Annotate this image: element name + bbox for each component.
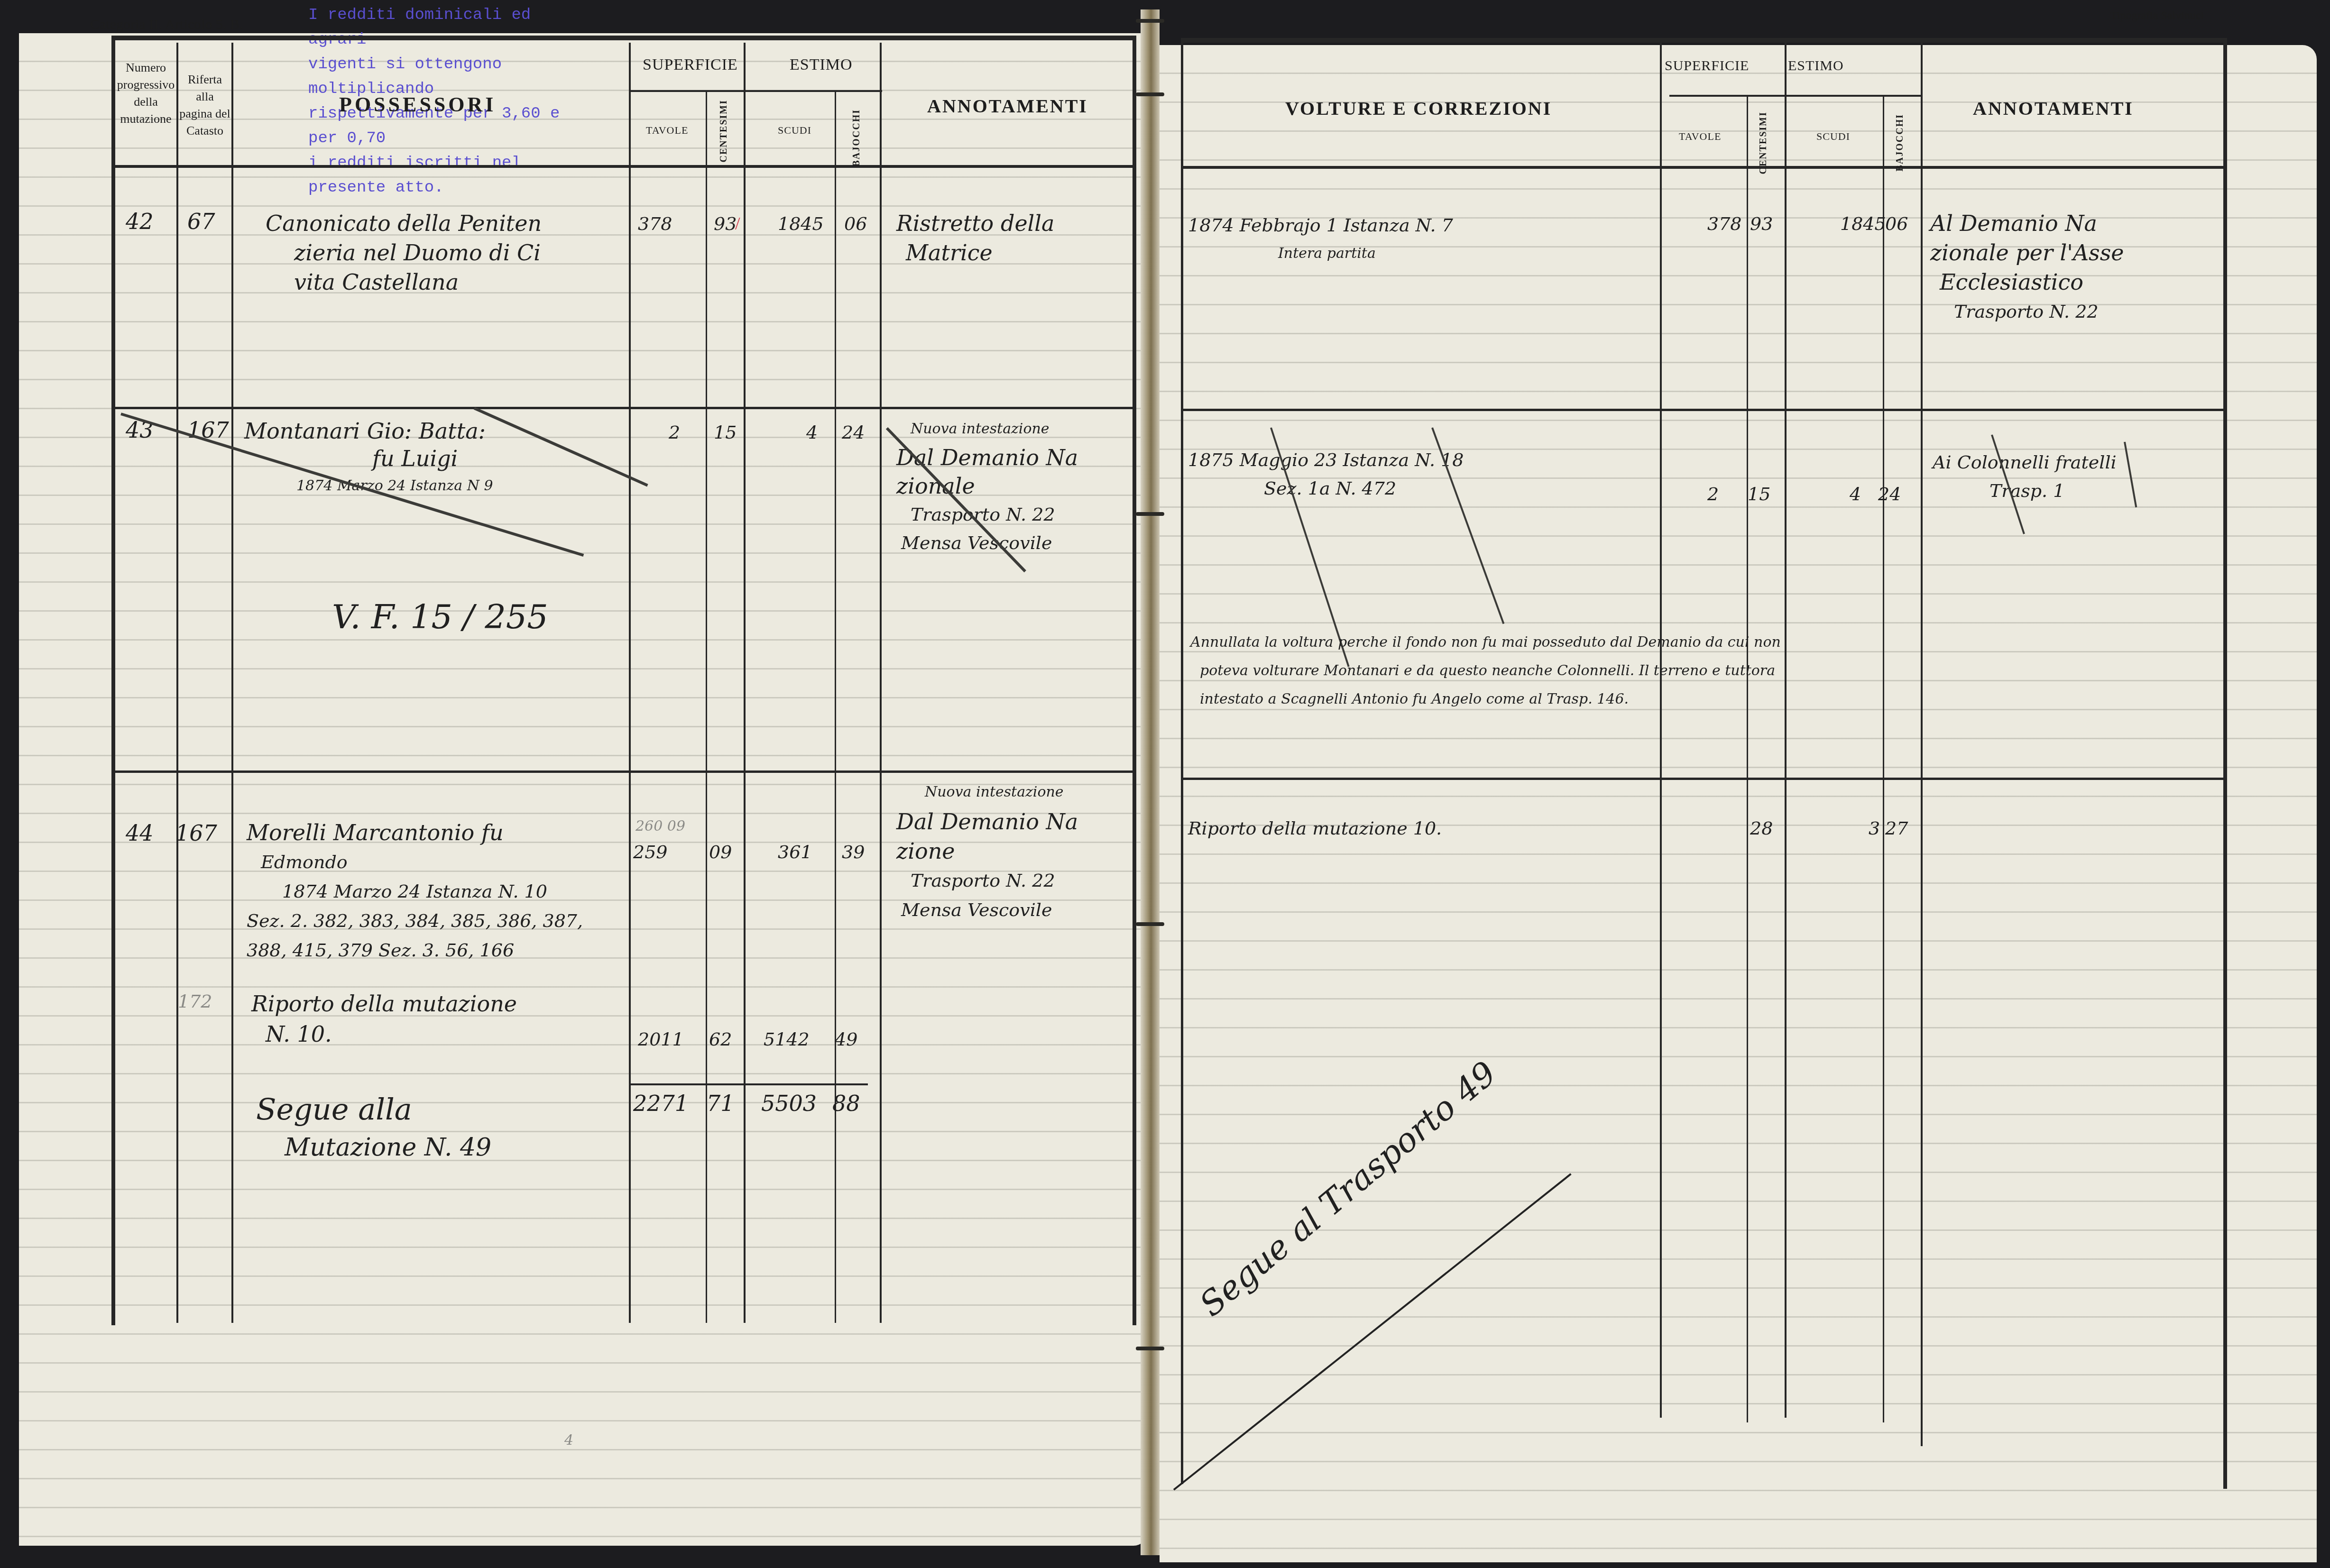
row-44-scudi: 361 bbox=[778, 842, 812, 862]
cancellation-line: intestato a Scagnelli Antonio fu Angelo … bbox=[1190, 685, 2219, 714]
possessore-line: Sez. 2. 382, 383, 384, 385, 386, 387, bbox=[247, 906, 626, 935]
binding-stitch bbox=[1136, 1347, 1164, 1350]
annotamento-heading: Nuova intestazione bbox=[896, 778, 1078, 807]
right-row-1-scudi: 1845 bbox=[1840, 213, 1886, 234]
row-44-centesimi: 09 bbox=[709, 842, 732, 862]
possessore-line: Morelli Marcantonio fu bbox=[247, 818, 626, 847]
header-bajocchi: BAJOCCHI bbox=[851, 109, 862, 167]
cancellation-line: poteva volturare Montanari e da questo n… bbox=[1190, 657, 2219, 685]
row-42-annotamenti: Ristretto della Matrice bbox=[896, 209, 1054, 267]
header-superficie: SUPERFICIE bbox=[1665, 58, 1749, 74]
row-divider bbox=[1181, 409, 2227, 411]
header-superficie: SUPERFICIE bbox=[643, 56, 738, 74]
riporto-centesimi: 62 bbox=[709, 1029, 732, 1050]
riporto-bajocchi: 49 bbox=[835, 1029, 857, 1050]
annotamento-line: Ecclesiastico bbox=[1930, 267, 2124, 297]
right-row-2-bajocchi: 24 bbox=[1878, 484, 1901, 504]
header-annotamenti: ANNOTAMENTI bbox=[927, 95, 1088, 117]
header-bottom-rule bbox=[111, 165, 1136, 168]
row-43-tavole: 2 bbox=[669, 422, 680, 443]
right-row-1-annotamenti: Al Demanio Na zionale per l'Asse Ecclesi… bbox=[1930, 209, 2124, 326]
row-42-riferta: 67 bbox=[187, 209, 215, 234]
row-divider bbox=[111, 407, 1136, 409]
binding-stitch bbox=[1136, 19, 1164, 23]
right-row-2-tavole: 2 bbox=[1707, 484, 1719, 504]
cancellation-note: Annullata la voltura perche il fondo non… bbox=[1190, 628, 2219, 714]
header-estimo: ESTIMO bbox=[1788, 58, 1844, 74]
annotamento-line: Mensa Vescovile bbox=[896, 895, 1078, 925]
stamp-line: I redditi dominicali ed agrari bbox=[308, 3, 593, 52]
possessore-line: Edmondo bbox=[247, 847, 626, 877]
row-divider bbox=[1181, 778, 2227, 780]
right-row-2-centesimi: 15 bbox=[1748, 484, 1770, 504]
possessore-line: zieria nel Duomo di Ci bbox=[266, 238, 626, 267]
possessore-line: 1874 Marzo 24 Istanza N 9 bbox=[244, 472, 624, 500]
possessore-line: Canonicato della Peniten bbox=[266, 209, 626, 238]
annotamento-line: Ai Colonnelli fratelli bbox=[1933, 448, 2117, 477]
volture-line: 1874 Febbrajo 1 Istanza N. 7 bbox=[1188, 211, 1453, 239]
row-44-tavole: 259 bbox=[633, 842, 668, 862]
volture-line: Sez. 1a N. 472 bbox=[1188, 474, 1464, 503]
annotamento-line: Al Demanio Na bbox=[1930, 209, 2124, 238]
right-register-page bbox=[1160, 45, 2317, 1562]
row-44-possessore: Morelli Marcantonio fu Edmondo 1874 Marz… bbox=[247, 818, 626, 965]
annotamento-line: Trasp. 1 bbox=[1933, 477, 2117, 505]
row-43-possessore: Montanari Gio: Batta: fu Luigi 1874 Marz… bbox=[244, 417, 624, 500]
row-42-bajocchi: 06 bbox=[844, 213, 867, 234]
annotamento-line: Trasporto N. 22 bbox=[896, 866, 1078, 895]
sum-rule bbox=[749, 1083, 868, 1085]
col-border bbox=[1883, 95, 1884, 1422]
col-border bbox=[1785, 43, 1787, 1418]
riporto-tavole: 2011 bbox=[638, 1029, 684, 1050]
cancellation-line: Annullata la voltura perche il fondo non… bbox=[1190, 628, 2219, 657]
annotamento-line: zionale bbox=[896, 472, 1078, 500]
riporto-scudi: 5142 bbox=[764, 1029, 810, 1050]
riporto-line: Riporto della mutazione bbox=[251, 989, 517, 1019]
header-estimo: ESTIMO bbox=[790, 56, 853, 74]
col-border bbox=[176, 43, 178, 1323]
annotamento-heading: Nuova intestazione bbox=[896, 415, 1078, 443]
total-bajocchi: 88 bbox=[832, 1091, 860, 1116]
col-border bbox=[706, 90, 707, 1323]
binding-stitch bbox=[1136, 922, 1164, 926]
header-possessori: POSSESSORI bbox=[339, 92, 496, 117]
col-border bbox=[1181, 38, 1183, 1484]
volture-row-1: 1874 Febbrajo 1 Istanza N. 7 Intera part… bbox=[1188, 211, 1453, 268]
row-42-tavole: 378 bbox=[638, 213, 672, 234]
header-volture: VOLTURE E CORREZIONI bbox=[1285, 97, 1552, 119]
possessore-line: 1874 Marzo 24 Istanza N. 10 bbox=[247, 877, 626, 906]
riporto-text: Riporto della mutazione N. 10. bbox=[251, 989, 517, 1049]
row-44-annotamenti: Nuova intestazione Dal Demanio Na zione … bbox=[896, 778, 1078, 925]
annotamento-line: zionale per l'Asse bbox=[1930, 238, 2124, 267]
header-centesimi: CENTESIMI bbox=[718, 100, 729, 162]
row-42-scudi: 1845 bbox=[778, 213, 824, 234]
right-row-3-bajocchi: 27 bbox=[1885, 818, 1908, 839]
col-border bbox=[1921, 43, 1923, 1446]
row-42-possessore: Canonicato della Peniten zieria nel Duom… bbox=[266, 209, 626, 297]
col-border bbox=[231, 43, 233, 1323]
annotamento-line: Ristretto della bbox=[896, 209, 1054, 238]
header-scudi: SCUDI bbox=[778, 124, 811, 137]
possessore-line: 388, 415, 379 Sez. 3. 56, 166 bbox=[247, 935, 626, 965]
volture-line: Intera partita bbox=[1188, 239, 1453, 268]
right-row-1-tavole: 378 bbox=[1707, 213, 1742, 234]
subheader-rule bbox=[631, 90, 882, 92]
category-label: Categoria II. Articolo 5. B. bbox=[90, 17, 243, 33]
header-tavole: TAVOLE bbox=[1679, 130, 1721, 143]
total-tavole: 2271 bbox=[633, 1091, 689, 1116]
header-numero: Numero progressivo della mutazione bbox=[116, 59, 175, 128]
volture-line: 1875 Maggio 23 Istanza N. 18 bbox=[1188, 446, 1464, 474]
header-top-rule bbox=[111, 36, 1136, 40]
binding-stitch bbox=[1136, 92, 1164, 96]
col-border bbox=[744, 43, 746, 1323]
row-42-numero: 42 bbox=[126, 209, 154, 234]
row-divider bbox=[111, 770, 1136, 773]
header-annotamenti: ANNOTAMENTI bbox=[1973, 97, 2134, 119]
annotamento-line: Trasporto N. 22 bbox=[896, 500, 1078, 529]
right-row-2-scudi: 4 bbox=[1850, 484, 1861, 504]
binding-stitch bbox=[1136, 512, 1164, 516]
volture-row-3: Riporto della mutazione 10. bbox=[1188, 818, 1442, 839]
right-row-2-annotamenti: Ai Colonnelli fratelli Trasp. 1 bbox=[1933, 448, 2117, 505]
col-border bbox=[629, 43, 631, 1323]
closing-line: Mutazione N. 49 bbox=[256, 1128, 491, 1166]
header-tavole: TAVOLE bbox=[646, 124, 688, 137]
header-bajocchi: BAJOCCHI bbox=[1895, 114, 1906, 172]
header-centesimi: CENTESIMI bbox=[1758, 111, 1769, 174]
row-42-centesimi: 93 bbox=[714, 213, 737, 234]
row-43-centesimi: 15 bbox=[714, 422, 737, 443]
header-riferta: Riferta alla pagina del Catasto bbox=[179, 71, 230, 139]
closing-line: Segue alla bbox=[256, 1091, 491, 1128]
total-scudi: 5503 bbox=[761, 1091, 817, 1116]
footer-mark: 4 bbox=[564, 1432, 573, 1449]
annotamento-line: Matrice bbox=[896, 238, 1054, 267]
row-44-faint-figure: 260 09 bbox=[635, 818, 685, 834]
riporto-line: N. 10. bbox=[251, 1019, 517, 1049]
right-row-1-centesimi: 93 bbox=[1750, 213, 1773, 234]
right-row-3-scudi: 3 bbox=[1869, 818, 1880, 839]
row-44-bajocchi: 39 bbox=[842, 842, 865, 862]
possessore-line: vita Castellana bbox=[266, 267, 626, 297]
total-centesimi: 71 bbox=[707, 1091, 735, 1116]
right-row-1-bajocchi: 06 bbox=[1885, 213, 1908, 234]
col-border bbox=[1660, 43, 1662, 1418]
row-43-scudi: 4 bbox=[806, 422, 818, 443]
row-44-riferta: 167 bbox=[175, 820, 217, 846]
possessore-line: Montanari Gio: Batta: bbox=[244, 417, 624, 445]
riporto-riferta: 172 bbox=[178, 991, 212, 1012]
sum-rule bbox=[631, 1083, 749, 1085]
stamp-line: i redditi iscritti nel presente atto. bbox=[308, 151, 593, 200]
col-border bbox=[1747, 95, 1748, 1422]
header-top-rule bbox=[1181, 38, 2227, 43]
col-border bbox=[111, 36, 115, 1325]
row-43-annotamenti: Nuova intestazione Dal Demanio Na zional… bbox=[896, 415, 1078, 557]
volture-row-2: 1875 Maggio 23 Istanza N. 18 Sez. 1a N. … bbox=[1188, 446, 1464, 503]
row-43-bajocchi: 24 bbox=[842, 422, 865, 443]
row-43-margin-note: V. F. 15 / 255 bbox=[332, 597, 548, 636]
col-border bbox=[1133, 36, 1136, 1325]
annotamento-line: Dal Demanio Na bbox=[896, 807, 1078, 836]
row-44-numero: 44 bbox=[126, 820, 154, 846]
book-spine bbox=[1141, 9, 1160, 1555]
closing-note-left: Segue alla Mutazione N. 49 bbox=[256, 1091, 491, 1166]
red-check-mark: / bbox=[735, 213, 740, 234]
annotamento-line: Trasporto N. 22 bbox=[1930, 297, 2124, 326]
header-bottom-rule bbox=[1181, 166, 2227, 169]
printer-label: Tipografia Salvinuci bbox=[2110, 9, 2204, 22]
col-border bbox=[835, 90, 836, 1323]
col-border bbox=[2223, 38, 2227, 1489]
header-scudi: SCUDI bbox=[1816, 130, 1850, 143]
col-border bbox=[880, 43, 882, 1323]
right-row-3-centesimi: 28 bbox=[1750, 818, 1773, 839]
annotamento-line: zione bbox=[896, 836, 1078, 866]
